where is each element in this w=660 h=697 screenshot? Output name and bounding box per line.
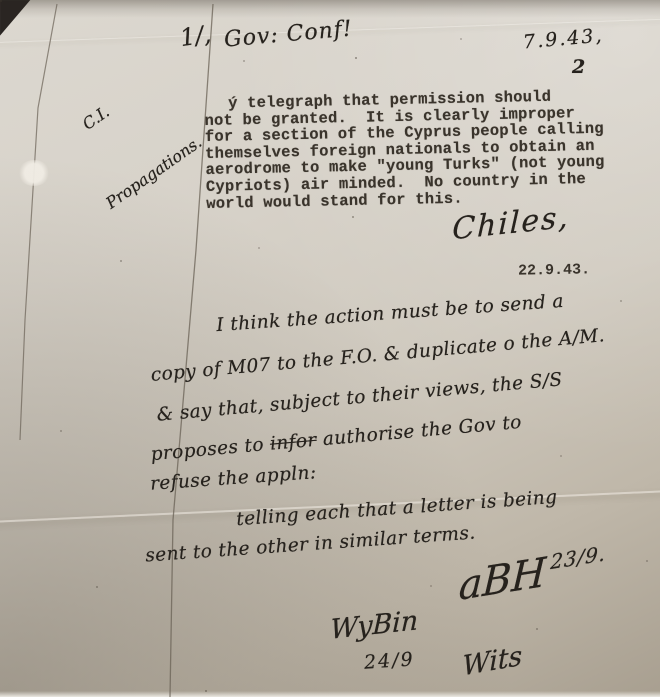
footer-date: 24/9 xyxy=(363,648,415,673)
archival-document-photo: C.I. Propagations. 1/, Gov: Conf! 7.9.43… xyxy=(0,0,660,697)
typed-date: 22.9.43. xyxy=(518,261,590,279)
typed-minute-paragraph: ý telegraph that permission should not b… xyxy=(204,88,605,212)
struck-through-word: infor xyxy=(269,430,317,455)
file-ref-line1: C.I. xyxy=(56,66,163,152)
page-number: 2 xyxy=(572,56,585,78)
punch-hole xyxy=(18,160,50,186)
file-ref-line2: Propagations. xyxy=(101,130,208,216)
minute-number: 1/, xyxy=(178,20,213,52)
